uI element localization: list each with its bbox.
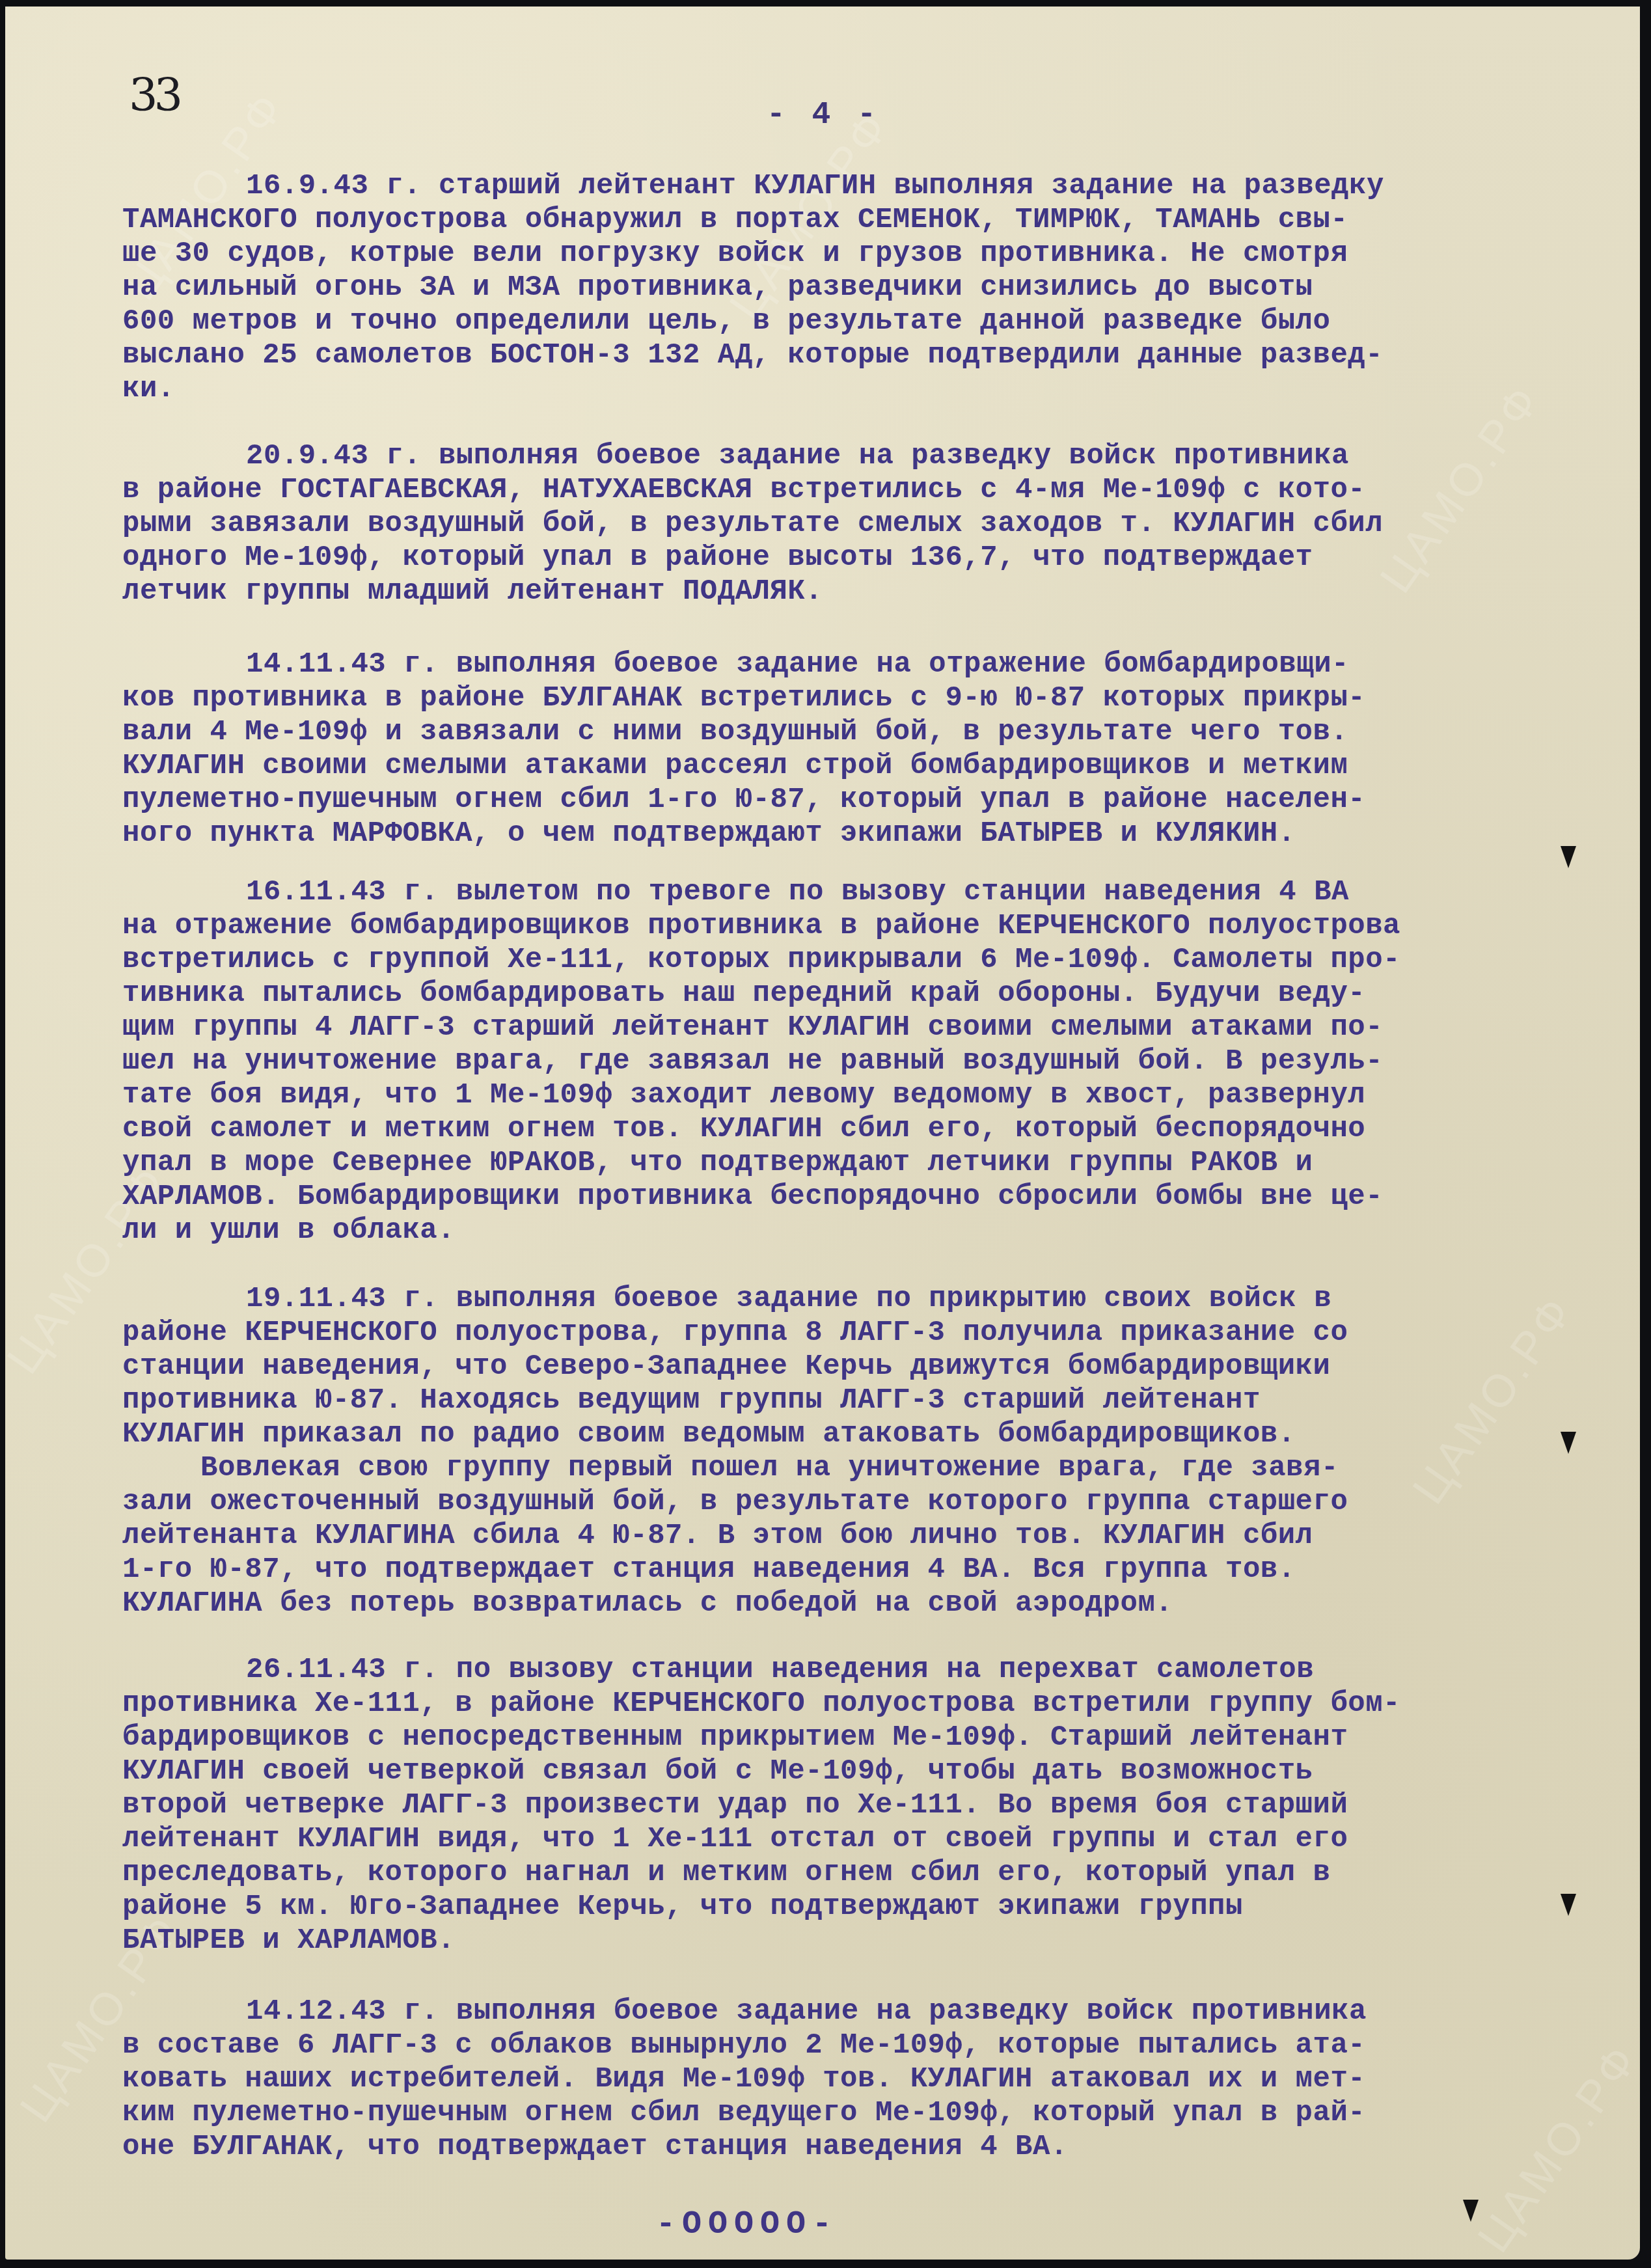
text-line: тивника пытались бомбардировать наш пере… bbox=[122, 977, 1554, 1011]
text-line: бардировщиков с непосредственным прикрыт… bbox=[122, 1721, 1554, 1755]
text-line: рыми завязали воздушный бой, в результат… bbox=[122, 507, 1554, 541]
punch-hole-icon bbox=[1463, 2200, 1479, 2222]
text-line: преследовать, которого нагнал и метким о… bbox=[122, 1856, 1554, 1890]
text-line: 14.11.43 г. выполняя боевое задание на о… bbox=[122, 648, 1554, 681]
text-line: 14.12.43 г. выполняя боевое задание на р… bbox=[122, 1995, 1554, 2029]
text-line: упал в море Севернее ЮРАКОВ, что подтвер… bbox=[122, 1146, 1554, 1180]
document-page: ЦАМО.РФ ЦАМО.РФ ЦАМО.РФ ЦАМО.РФ ЦАМО.РФ … bbox=[5, 7, 1640, 2260]
text-line: БАТЫРЕВ и ХАРЛАМОВ. bbox=[122, 1924, 1554, 1958]
text-line: тате боя видя, что 1 Ме-109ф заходит лев… bbox=[122, 1078, 1554, 1112]
text-line: районе КЕРЧЕНСКОГО полуострова, группа 8… bbox=[122, 1316, 1554, 1350]
text-line: летчик группы младший лейтенант ПОДАЛЯК. bbox=[122, 575, 1554, 608]
text-line: ного пункта МАРФОВКА, о чем подтверждают… bbox=[122, 817, 1554, 851]
text-line: зали ожесточенный воздушный бой, в резул… bbox=[122, 1485, 1554, 1519]
text-line: противника Хе-111, в районе КЕРЧЕНСКОГО … bbox=[122, 1687, 1554, 1721]
text-line: КУЛАГИНА без потерь возвратилась с побед… bbox=[122, 1587, 1554, 1620]
text-line: ТАМАНСКОГО полуострова обнаружил в порта… bbox=[122, 203, 1554, 237]
punch-hole-icon bbox=[1561, 1894, 1576, 1916]
text-line: 16.9.43 г. старший лейтенант КУЛАГИН вып… bbox=[122, 169, 1554, 203]
text-line: противника Ю-87. Находясь ведущим группы… bbox=[122, 1384, 1554, 1417]
entry-paragraph: 26.11.43 г. по вызову станции наведения … bbox=[122, 1653, 1554, 1958]
text-line: в составе 6 ЛАГГ-3 с облаков вынырнуло 2… bbox=[122, 2029, 1554, 2062]
punch-hole-icon bbox=[1561, 1432, 1576, 1454]
folio-number: 33 bbox=[129, 68, 179, 122]
text-line: районе 5 км. Юго-Западнее Керчь, что под… bbox=[122, 1890, 1554, 1924]
text-line: КУЛАГИН своими смелыми атаками рассеял с… bbox=[122, 749, 1554, 783]
text-line: пулеметно-пушечным огнем сбил 1-го Ю-87,… bbox=[122, 783, 1554, 817]
entry-paragraph: 19.11.43 г. выполняя боевое задание по п… bbox=[122, 1282, 1554, 1620]
text-line: шел на уничтожение врага, где завязал не… bbox=[122, 1045, 1554, 1078]
text-line: ким пулеметно-пушечным огнем сбил ведуще… bbox=[122, 2096, 1554, 2130]
entry-paragraph: 14.12.43 г. выполняя боевое задание на р… bbox=[122, 1995, 1554, 2164]
text-line: 26.11.43 г. по вызову станции наведения … bbox=[122, 1653, 1554, 1687]
text-line: 19.11.43 г. выполняя боевое задание по п… bbox=[122, 1282, 1554, 1316]
text-line: оне БУЛГАНАК, что подтверждает станция н… bbox=[122, 2130, 1554, 2164]
text-line: свой самолет и метким огнем тов. КУЛАГИН… bbox=[122, 1112, 1554, 1146]
entry-paragraph: 14.11.43 г. выполняя боевое задание на о… bbox=[122, 648, 1554, 851]
text-line: 600 метров и точно определили цель, в ре… bbox=[122, 305, 1554, 338]
text-line: лейтенанта КУЛАГИНА сбила 4 Ю-87. В этом… bbox=[122, 1519, 1554, 1553]
page-number: - 4 - bbox=[767, 98, 880, 133]
text-line: выслано 25 самолетов БОСТОН-3 132 АД, ко… bbox=[122, 338, 1554, 372]
text-line: 1-го Ю-87, что подтверждает станция наве… bbox=[122, 1553, 1554, 1587]
entry-paragraph: 20.9.43 г. выполняя боевое задание на ра… bbox=[122, 439, 1554, 608]
text-line: Вовлекая свою группу первый пошел на уни… bbox=[122, 1451, 1554, 1485]
text-line: КУЛАГИН своей четверкой связал бой с Ме-… bbox=[122, 1755, 1554, 1788]
text-line: ки. bbox=[122, 372, 1554, 406]
text-line: одного Ме-109ф, который упал в районе вы… bbox=[122, 541, 1554, 575]
text-line: в районе ГОСТАГАЕВСКАЯ, НАТУХАЕВСКАЯ вст… bbox=[122, 473, 1554, 507]
text-line: на отражение бомбардировщиков противника… bbox=[122, 909, 1554, 943]
text-line: ли и ушли в облака. bbox=[122, 1214, 1554, 1248]
text-line: ков противника в районе БУЛГАНАК встрети… bbox=[122, 681, 1554, 715]
entry-paragraph: 16.9.43 г. старший лейтенант КУЛАГИН вып… bbox=[122, 169, 1554, 406]
end-mark: -ООООО- bbox=[656, 2206, 838, 2243]
text-line: щим группы 4 ЛАГГ-3 старший лейтенант КУ… bbox=[122, 1011, 1554, 1045]
text-line: ше 30 судов, котрые вели погрузку войск … bbox=[122, 237, 1554, 271]
text-line: ХАРЛАМОВ. Бомбардировщики противника бес… bbox=[122, 1180, 1554, 1214]
text-line: 20.9.43 г. выполняя боевое задание на ра… bbox=[122, 439, 1554, 473]
punch-hole-icon bbox=[1561, 846, 1576, 868]
text-line: второй четверке ЛАГГ-3 произвести удар п… bbox=[122, 1788, 1554, 1822]
text-line: КУЛАГИН приказал по радио своим ведомым … bbox=[122, 1417, 1554, 1451]
text-line: ковать наших истребителей. Видя Ме-109ф … bbox=[122, 2062, 1554, 2096]
entry-paragraph: 16.11.43 г. вылетом по тревоге по вызову… bbox=[122, 875, 1554, 1248]
text-line: 16.11.43 г. вылетом по тревоге по вызову… bbox=[122, 875, 1554, 909]
text-line: лейтенант КУЛАГИН видя, что 1 Хе-111 отс… bbox=[122, 1822, 1554, 1856]
text-line: станции наведения, что Северо-Западнее К… bbox=[122, 1350, 1554, 1384]
text-line: на сильный огонь ЗА и МЗА противника, ра… bbox=[122, 271, 1554, 305]
text-line: вали 4 Ме-109ф и завязали с ними воздушн… bbox=[122, 715, 1554, 749]
text-line: встретились с группой Хе-111, которых пр… bbox=[122, 943, 1554, 977]
